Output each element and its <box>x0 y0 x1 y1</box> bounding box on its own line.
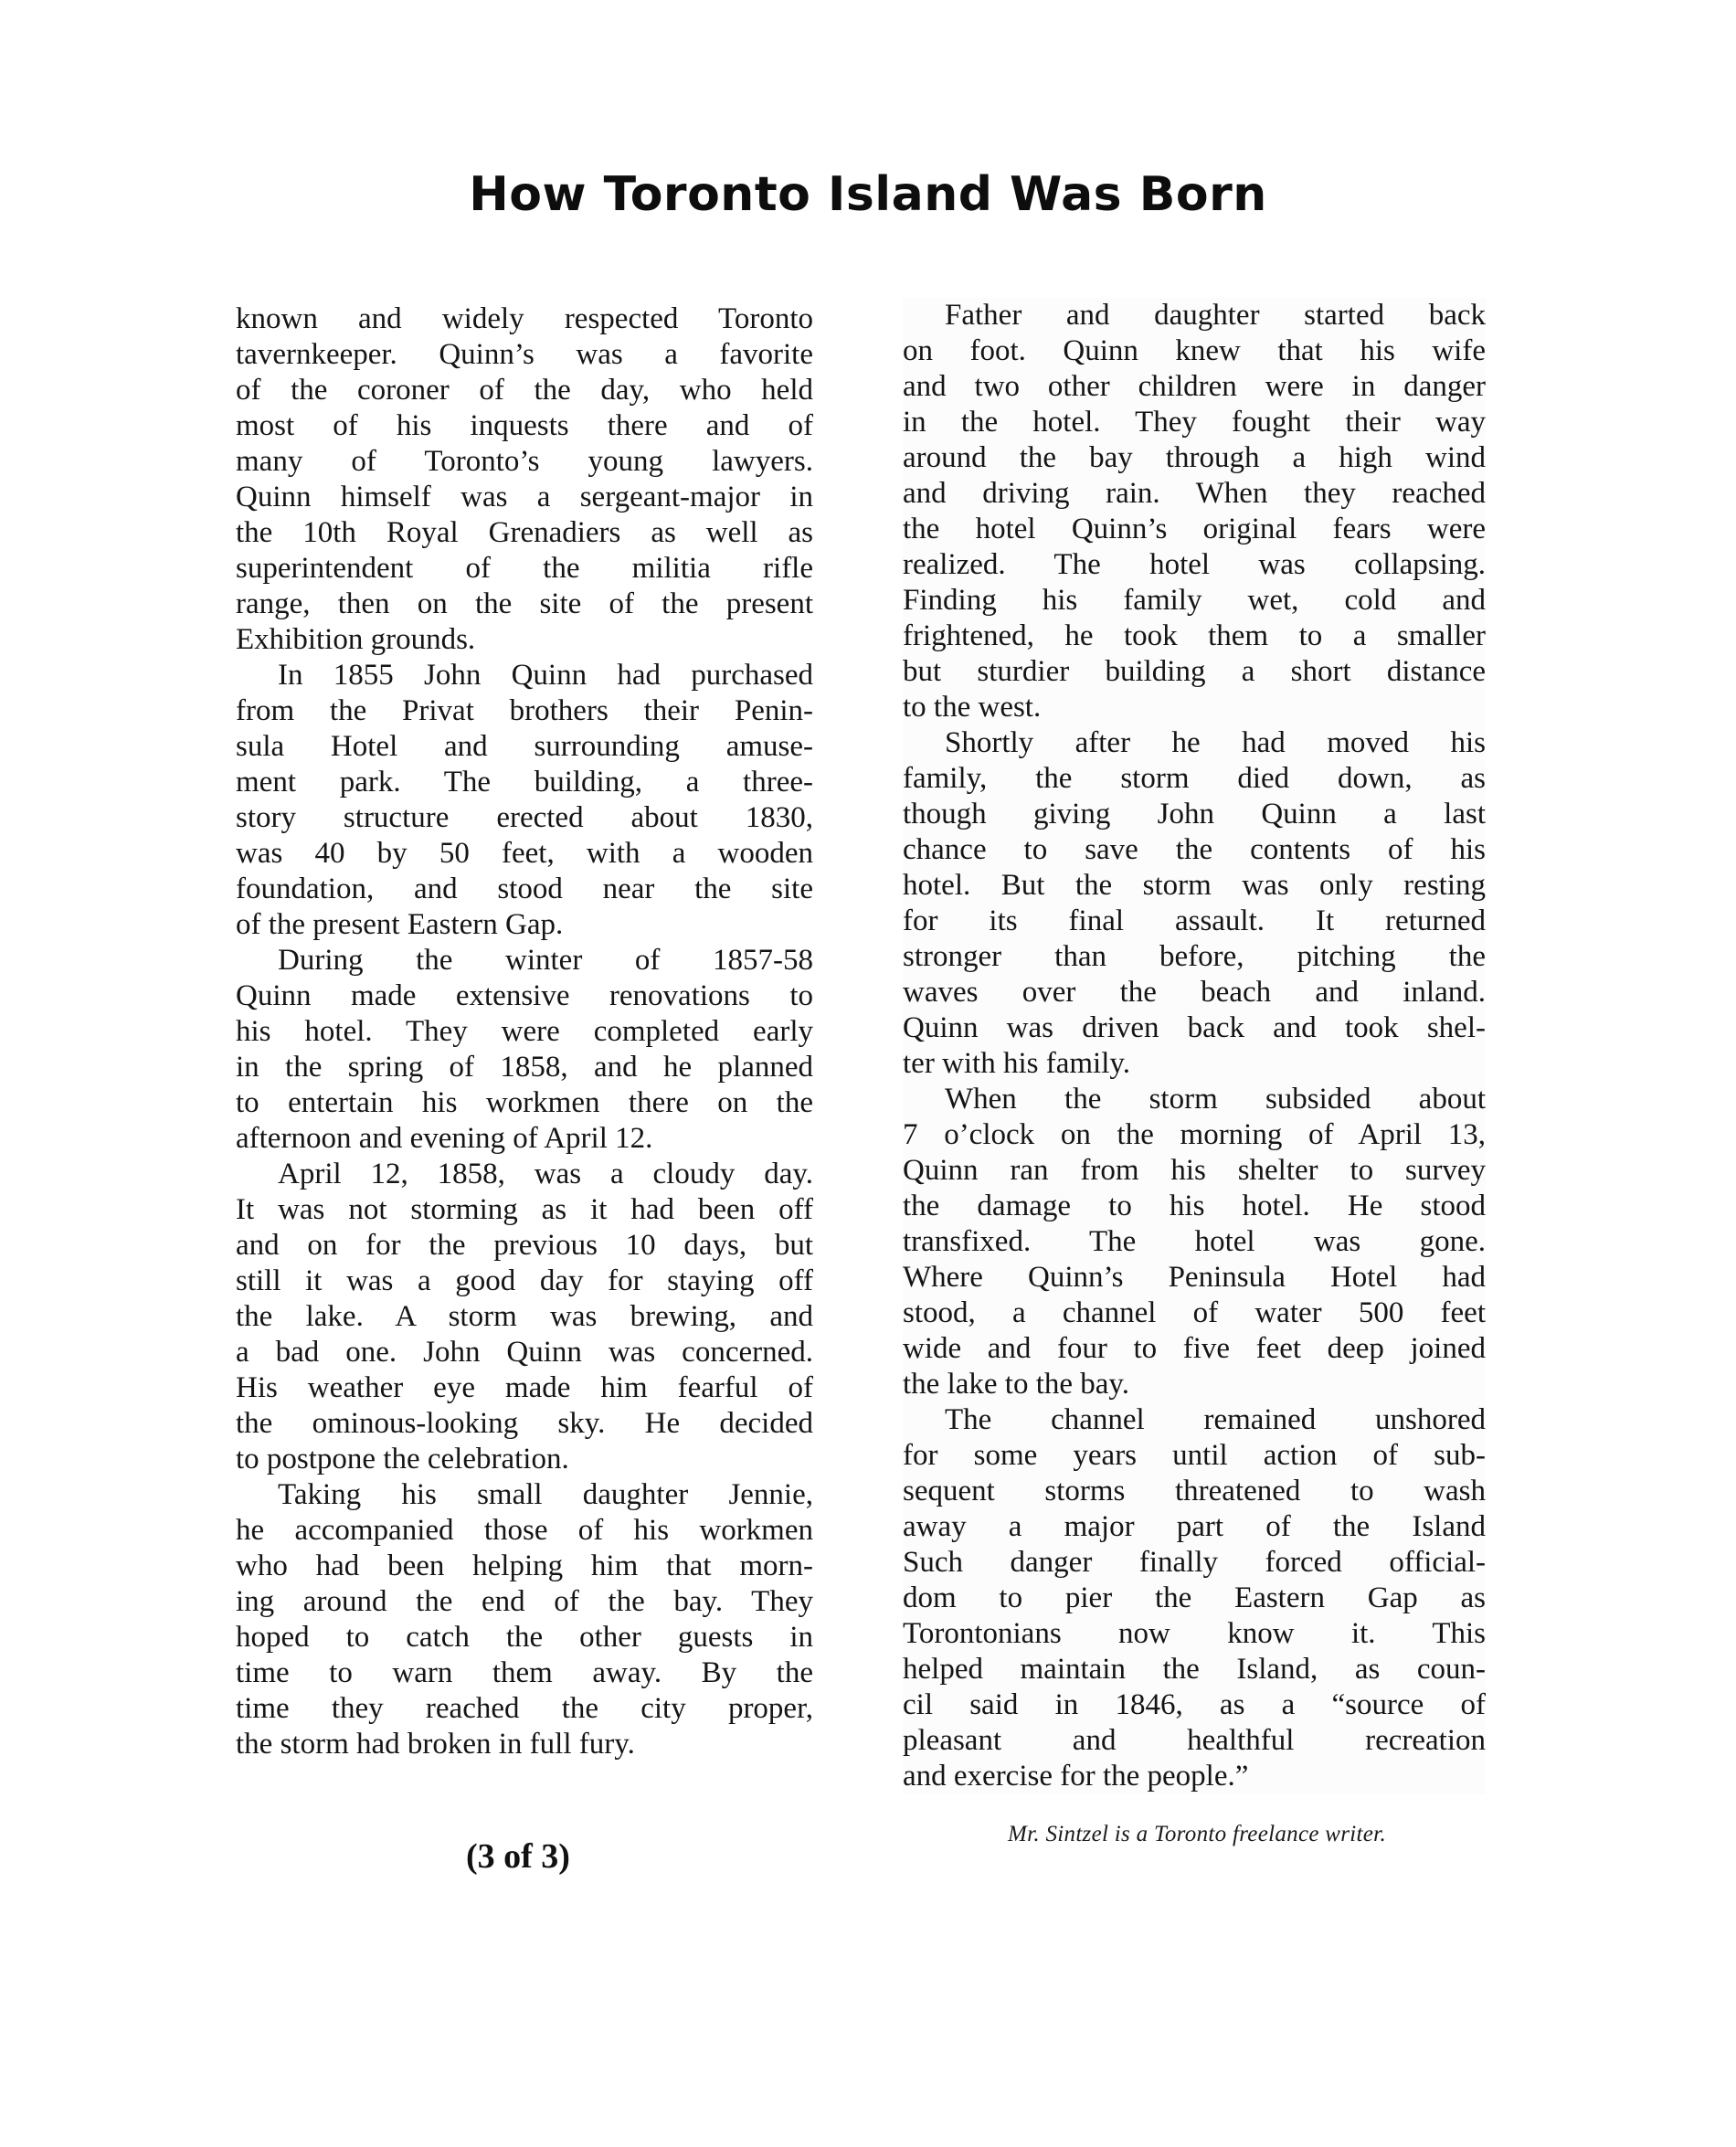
text-line: still it was a good day for staying off <box>236 1264 813 1299</box>
text-line: the damage to his hotel. He stood <box>903 1189 1486 1224</box>
text-line: away a major part of the Island <box>903 1509 1486 1545</box>
text-line: Quinn was driven back and took shel- <box>903 1010 1486 1046</box>
text-line: around the bay through a high wind <box>903 440 1486 476</box>
text-line: of the coroner of the day, who held <box>236 373 813 408</box>
text-line: ing around the end of the bay. They <box>236 1584 813 1620</box>
text-line: time they reached the city proper, <box>236 1691 813 1727</box>
text-line: the ominous-looking sky. He decided <box>236 1406 813 1442</box>
article-column-right: Father and daughter started backon foot.… <box>903 298 1486 1794</box>
article-column-left: known and widely respected Torontotavern… <box>236 301 813 1762</box>
text-line: Finding his family wet, cold and <box>903 583 1486 619</box>
text-line: in the hotel. They fought their way <box>903 405 1486 440</box>
text-line: the 10th Royal Grenadiers as well as <box>236 515 813 551</box>
text-line: to postpone the celebration. <box>236 1442 813 1477</box>
text-line: tavernkeeper. Quinn’s was a favorite <box>236 337 813 373</box>
text-line: many of Toronto’s young lawyers. <box>236 444 813 480</box>
text-line: waves over the beach and inland. <box>903 975 1486 1010</box>
text-line: frightened, he took them to a smaller <box>903 619 1486 654</box>
text-line: ment park. The building, a three- <box>236 765 813 800</box>
article-paragraph: April 12, 1858, was a cloudy day.It was … <box>236 1157 813 1477</box>
article-paragraph: Taking his small daughter Jennie,he acco… <box>236 1477 813 1762</box>
text-line: though giving John Quinn a last <box>903 797 1486 832</box>
text-line: Taking his small daughter Jennie, <box>236 1477 813 1513</box>
text-line: stronger than before, pitching the <box>903 939 1486 975</box>
text-line: The channel remained unshored <box>903 1402 1486 1438</box>
article-paragraph: Father and daughter started backon foot.… <box>903 298 1486 725</box>
text-line: Shortly after he had moved his <box>903 725 1486 761</box>
article-paragraph: Shortly after he had moved hisfamily, th… <box>903 725 1486 1082</box>
text-line: and driving rain. When they reached <box>903 476 1486 512</box>
text-line: Quinn ran from his shelter to survey <box>903 1153 1486 1189</box>
text-line: in the spring of 1858, and he planned <box>236 1050 813 1085</box>
text-line: chance to save the contents of his <box>903 832 1486 868</box>
text-line: During the winter of 1857-58 <box>236 943 813 978</box>
text-line: ter with his family. <box>903 1046 1486 1082</box>
text-line: family, the storm died down, as <box>903 761 1486 797</box>
text-line: the lake to the bay. <box>903 1367 1486 1402</box>
text-line: His weather eye made him fearful of <box>236 1370 813 1406</box>
text-line: for some years until action of sub- <box>903 1438 1486 1474</box>
text-line: hoped to catch the other guests in <box>236 1620 813 1655</box>
text-line: from the Privat brothers their Penin- <box>236 693 813 729</box>
text-line: range, then on the site of the present <box>236 587 813 622</box>
text-line: and on for the previous 10 days, but <box>236 1228 813 1264</box>
article-paragraph: The channel remained unshoredfor some ye… <box>903 1402 1486 1794</box>
text-line: cil said in 1846, as a “source of <box>903 1687 1486 1723</box>
text-line: April 12, 1858, was a cloudy day. <box>236 1157 813 1192</box>
text-line: time to warn them away. By the <box>236 1655 813 1691</box>
text-line: known and widely respected Toronto <box>236 301 813 337</box>
article-paragraph: In 1855 John Quinn had purchasedfrom the… <box>236 658 813 943</box>
text-line: 7 o’clock on the morning of April 13, <box>903 1117 1486 1153</box>
text-line: stood, a channel of water 500 feet <box>903 1296 1486 1331</box>
article-paragraph: known and widely respected Torontotavern… <box>236 301 813 658</box>
text-line: the hotel Quinn’s original fears were <box>903 512 1486 547</box>
page-indicator: (3 of 3) <box>466 1836 570 1877</box>
text-line: sequent storms threatened to wash <box>903 1474 1486 1509</box>
text-line: dom to pier the Eastern Gap as <box>903 1581 1486 1616</box>
article-paragraph: When the storm subsided about7 o’clock o… <box>903 1082 1486 1402</box>
text-line: most of his inquests there and of <box>236 408 813 444</box>
text-line: for its final assault. It returned <box>903 904 1486 939</box>
text-line: and two other children were in danger <box>903 369 1486 405</box>
text-line: afternoon and evening of April 12. <box>236 1121 813 1157</box>
text-line: Torontonians now know it. This <box>903 1616 1486 1652</box>
text-line: hotel. But the storm was only resting <box>903 868 1486 904</box>
text-line: sula Hotel and surrounding amuse- <box>236 729 813 765</box>
text-line: story structure erected about 1830, <box>236 800 813 836</box>
text-line: a bad one. John Quinn was concerned. <box>236 1335 813 1370</box>
article-paragraph: During the winter of 1857-58Quinn made e… <box>236 943 813 1157</box>
text-line: to entertain his workmen there on the <box>236 1085 813 1121</box>
text-line: Such danger finally forced official- <box>903 1545 1486 1581</box>
text-line: Quinn himself was a sergeant-major in <box>236 480 813 515</box>
text-line: foundation, and stood near the site <box>236 872 813 907</box>
text-line: Where Quinn’s Peninsula Hotel had <box>903 1260 1486 1296</box>
text-line: helped maintain the Island, as coun- <box>903 1652 1486 1687</box>
text-line: and exercise for the people.” <box>903 1759 1486 1794</box>
text-line: wide and four to five feet deep joined <box>903 1331 1486 1367</box>
text-line: pleasant and healthful recreation <box>903 1723 1486 1759</box>
text-line: the storm had broken in full fury. <box>236 1727 813 1762</box>
text-line: When the storm subsided about <box>903 1082 1486 1117</box>
text-line: but sturdier building a short distance <box>903 654 1486 690</box>
text-line: superintendent of the militia rifle <box>236 551 813 587</box>
text-line: who had been helping him that morn- <box>236 1549 813 1584</box>
text-line: transfixed. The hotel was gone. <box>903 1224 1486 1260</box>
text-line: to the west. <box>903 690 1486 725</box>
text-line: was 40 by 50 feet, with a wooden <box>236 836 813 872</box>
text-line: Quinn made extensive renovations to <box>236 978 813 1014</box>
text-line: Exhibition grounds. <box>236 622 813 658</box>
text-line: It was not storming as it had been off <box>236 1192 813 1228</box>
text-line: realized. The hotel was collapsing. <box>903 547 1486 583</box>
article-title: How Toronto Island Was Born <box>0 167 1736 222</box>
author-byline: Mr. Sintzel is a Toronto freelance write… <box>914 1822 1480 1847</box>
text-line: his hotel. They were completed early <box>236 1014 813 1050</box>
text-line: on foot. Quinn knew that his wife <box>903 333 1486 369</box>
text-line: Father and daughter started back <box>903 298 1486 333</box>
text-line: In 1855 John Quinn had purchased <box>236 658 813 693</box>
text-line: of the present Eastern Gap. <box>236 907 813 943</box>
text-line: he accompanied those of his workmen <box>236 1513 813 1549</box>
text-line: the lake. A storm was brewing, and <box>236 1299 813 1335</box>
